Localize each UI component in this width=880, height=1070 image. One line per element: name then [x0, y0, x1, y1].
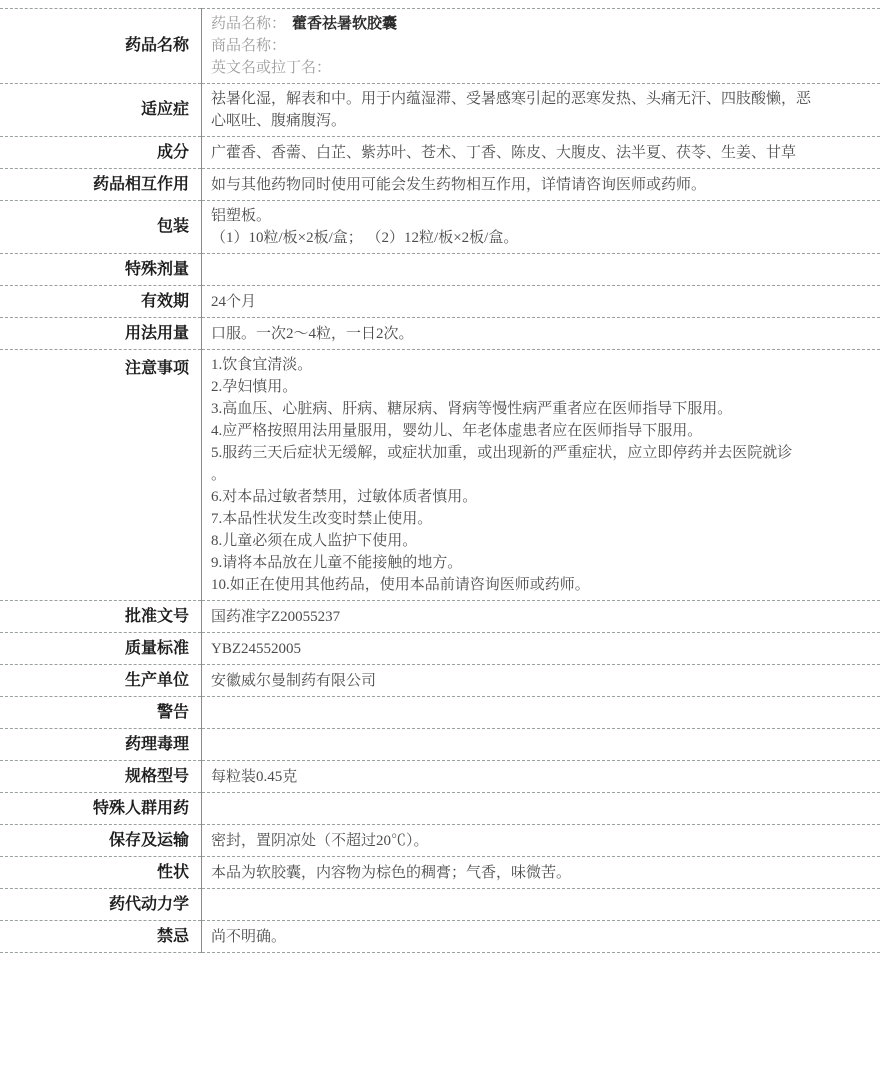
drug-info-table-body: 药品名称药品名称：藿香祛暑软胶囊商品名称：英文名或拉丁名：适应症祛暑化湿，解表和…	[0, 9, 880, 953]
row-value-line: 如与其他药物同时使用可能会发生药物相互作用，详情请咨询医师或药师。	[211, 174, 870, 196]
row-value-line: 8.儿童必须在成人监护下使用。	[211, 530, 870, 552]
row-value-line: 密封，置阴凉处（不超过20℃）。	[211, 830, 870, 852]
row-value: 安徽威尔曼制药有限公司	[202, 665, 880, 697]
field-label: 英文名或拉丁名：	[211, 60, 331, 76]
name-field-line: 英文名或拉丁名：	[211, 57, 870, 79]
row-value: 口服。一次2～4粒，一日2次。	[202, 318, 880, 350]
table-row: 禁忌尚不明确。	[0, 921, 880, 953]
row-value-line: 口服。一次2～4粒，一日2次。	[211, 323, 870, 345]
row-value: 广藿香、香薷、白芷、紫苏叶、苍术、丁香、陈皮、大腹皮、法半夏、茯苓、生姜、甘草	[202, 137, 880, 169]
row-value-line: 4.应严格按照用法用量服用，婴幼儿、年老体虚患者应在医师指导下服用。	[211, 420, 870, 442]
row-value-line: 2.孕妇慎用。	[211, 376, 870, 398]
drug-name-value: 藿香祛暑软胶囊	[292, 16, 397, 32]
name-field-line: 药品名称：藿香祛暑软胶囊	[211, 13, 870, 35]
row-value-line: 广藿香、香薷、白芷、紫苏叶、苍术、丁香、陈皮、大腹皮、法半夏、茯苓、生姜、甘草	[211, 142, 870, 164]
row-label: 药品相互作用	[0, 169, 202, 201]
row-value: 国药准字Z20055237	[202, 601, 880, 633]
row-value: 药品名称：藿香祛暑软胶囊商品名称：英文名或拉丁名：	[202, 9, 880, 84]
row-label: 成分	[0, 137, 202, 169]
table-row: 质量标准YBZ24552005	[0, 633, 880, 665]
row-value	[202, 254, 880, 286]
row-value-line: 9.请将本品放在儿童不能接触的地方。	[211, 552, 870, 574]
row-value-line: 5.服药三天后症状无缓解，或症状加重，或出现新的严重症状，应立即停药并去医院就诊	[211, 442, 870, 464]
row-value-line: （1）10粒/板×2板/盒； （2）12粒/板×2板/盒。	[211, 227, 870, 249]
row-value: 祛暑化湿，解表和中。用于内蕴湿滞、受暑感寒引起的恶寒发热、头痛无汗、四肢酸懒，恶…	[202, 84, 880, 137]
row-label: 用法用量	[0, 318, 202, 350]
row-label: 特殊剂量	[0, 254, 202, 286]
table-row: 药代动力学	[0, 889, 880, 921]
row-label: 批准文号	[0, 601, 202, 633]
table-row: 成分广藿香、香薷、白芷、紫苏叶、苍术、丁香、陈皮、大腹皮、法半夏、茯苓、生姜、甘…	[0, 137, 880, 169]
table-row: 有效期24个月	[0, 286, 880, 318]
drug-info-page: 药品名称药品名称：藿香祛暑软胶囊商品名称：英文名或拉丁名：适应症祛暑化湿，解表和…	[0, 8, 880, 1070]
row-label: 保存及运输	[0, 825, 202, 857]
row-value-line: YBZ24552005	[211, 638, 870, 660]
row-value-line: 祛暑化湿，解表和中。用于内蕴湿滞、受暑感寒引起的恶寒发热、头痛无汗、四肢酸懒，恶	[211, 88, 870, 110]
table-row: 适应症祛暑化湿，解表和中。用于内蕴湿滞、受暑感寒引起的恶寒发热、头痛无汗、四肢酸…	[0, 84, 880, 137]
row-value	[202, 697, 880, 729]
table-row: 批准文号国药准字Z20055237	[0, 601, 880, 633]
row-value-line: 。	[211, 464, 870, 486]
table-row: 保存及运输密封，置阴凉处（不超过20℃）。	[0, 825, 880, 857]
table-row: 特殊人群用药	[0, 793, 880, 825]
row-label: 特殊人群用药	[0, 793, 202, 825]
row-value: 密封，置阴凉处（不超过20℃）。	[202, 825, 880, 857]
row-label: 性状	[0, 857, 202, 889]
row-label: 适应症	[0, 84, 202, 137]
row-value: 1.饮食宜清淡。2.孕妇慎用。3.高血压、心脏病、肝病、糖尿病、肾病等慢性病严重…	[202, 350, 880, 601]
row-value: 如与其他药物同时使用可能会发生药物相互作用，详情请咨询医师或药师。	[202, 169, 880, 201]
table-row: 药理毒理	[0, 729, 880, 761]
table-row: 药品名称药品名称：藿香祛暑软胶囊商品名称：英文名或拉丁名：	[0, 9, 880, 84]
row-value	[202, 729, 880, 761]
row-value-line: 7.本品性状发生改变时禁止使用。	[211, 508, 870, 530]
row-value	[202, 793, 880, 825]
row-label: 注意事项	[0, 350, 202, 601]
row-value-line: 国药准字Z20055237	[211, 606, 870, 628]
row-value-line: 本品为软胶囊，内容物为棕色的稠膏；气香，味微苦。	[211, 862, 870, 884]
table-row: 生产单位安徽威尔曼制药有限公司	[0, 665, 880, 697]
row-value-line: 3.高血压、心脏病、肝病、糖尿病、肾病等慢性病严重者应在医师指导下服用。	[211, 398, 870, 420]
field-label: 商品名称：	[211, 38, 286, 54]
name-field-line: 商品名称：	[211, 35, 870, 57]
table-row: 特殊剂量	[0, 254, 880, 286]
row-value-line: 1.饮食宜清淡。	[211, 354, 870, 376]
row-label: 生产单位	[0, 665, 202, 697]
drug-info-table: 药品名称药品名称：藿香祛暑软胶囊商品名称：英文名或拉丁名：适应症祛暑化湿，解表和…	[0, 8, 880, 953]
row-value-line: 安徽威尔曼制药有限公司	[211, 670, 870, 692]
table-row: 注意事项1.饮食宜清淡。2.孕妇慎用。3.高血压、心脏病、肝病、糖尿病、肾病等慢…	[0, 350, 880, 601]
row-value	[202, 889, 880, 921]
row-value-line: 心呕吐、腹痛腹泻。	[211, 110, 870, 132]
row-value: 铝塑板。（1）10粒/板×2板/盒； （2）12粒/板×2板/盒。	[202, 201, 880, 254]
table-row: 药品相互作用如与其他药物同时使用可能会发生药物相互作用，详情请咨询医师或药师。	[0, 169, 880, 201]
row-value-line: 尚不明确。	[211, 926, 870, 948]
row-label: 药理毒理	[0, 729, 202, 761]
table-row: 规格型号每粒装0.45克	[0, 761, 880, 793]
row-label: 质量标准	[0, 633, 202, 665]
row-label: 有效期	[0, 286, 202, 318]
row-value: 24个月	[202, 286, 880, 318]
row-value-line: 10.如正在使用其他药品，使用本品前请咨询医师或药师。	[211, 574, 870, 596]
field-label: 药品名称：	[211, 16, 286, 32]
row-value-line: 24个月	[211, 291, 870, 313]
row-label: 警告	[0, 697, 202, 729]
row-value-line: 铝塑板。	[211, 205, 870, 227]
row-label: 药品名称	[0, 9, 202, 84]
row-label: 规格型号	[0, 761, 202, 793]
table-row: 包装铝塑板。（1）10粒/板×2板/盒； （2）12粒/板×2板/盒。	[0, 201, 880, 254]
row-value: 本品为软胶囊，内容物为棕色的稠膏；气香，味微苦。	[202, 857, 880, 889]
row-label: 药代动力学	[0, 889, 202, 921]
row-value: 每粒装0.45克	[202, 761, 880, 793]
row-value: 尚不明确。	[202, 921, 880, 953]
table-row: 性状本品为软胶囊，内容物为棕色的稠膏；气香，味微苦。	[0, 857, 880, 889]
table-row: 警告	[0, 697, 880, 729]
row-label: 禁忌	[0, 921, 202, 953]
table-row: 用法用量口服。一次2～4粒，一日2次。	[0, 318, 880, 350]
row-label: 包装	[0, 201, 202, 254]
row-value-line: 每粒装0.45克	[211, 766, 870, 788]
row-value-line: 6.对本品过敏者禁用，过敏体质者慎用。	[211, 486, 870, 508]
row-value: YBZ24552005	[202, 633, 880, 665]
